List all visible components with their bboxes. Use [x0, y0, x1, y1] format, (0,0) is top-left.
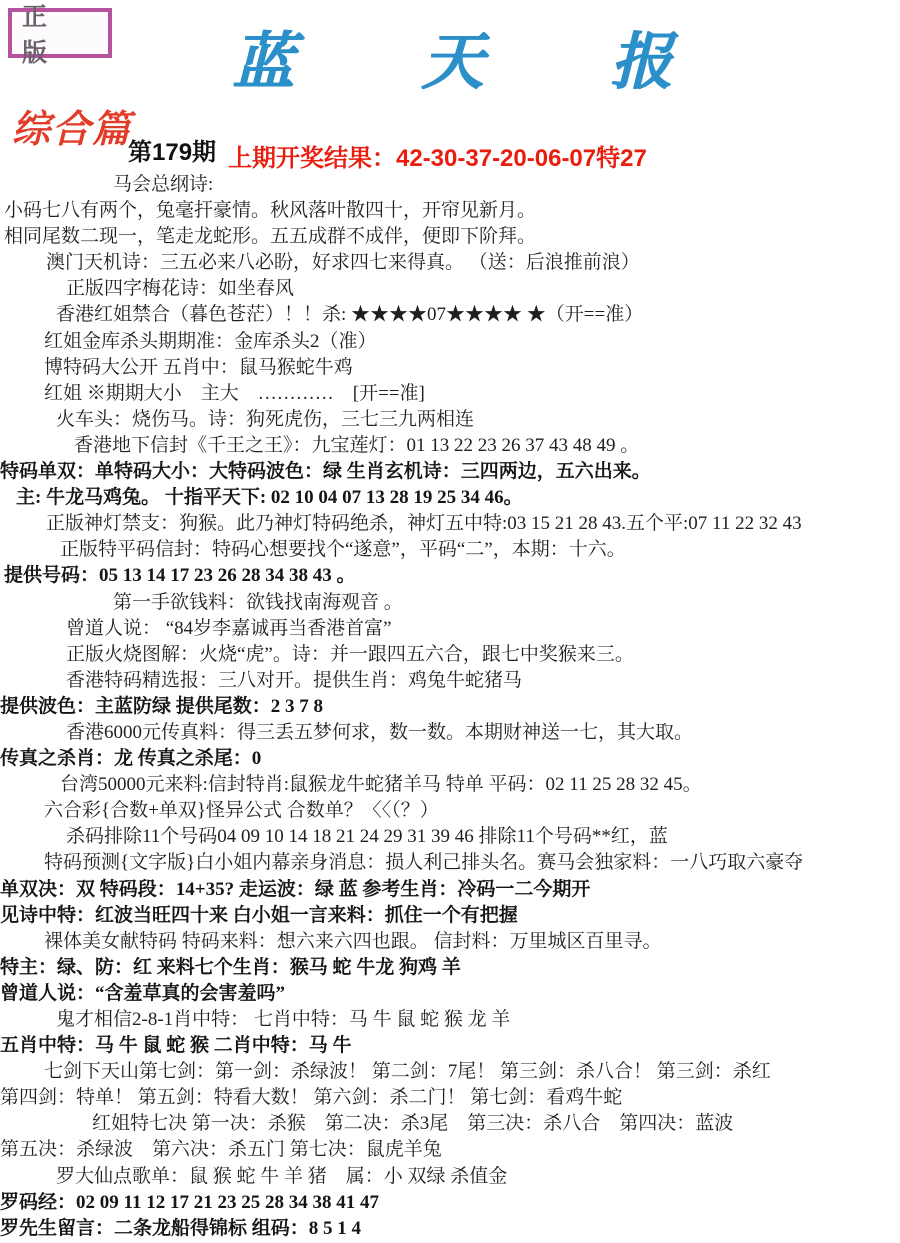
- text-line: 裸体美女献特码 特码来料：想六来六四也跟。 信封料：万里城区百里寻。: [0, 929, 900, 955]
- text-line: 特主：绿、防：红 来料七个生肖：猴马 蛇 牛龙 狗鸡 羊: [0, 955, 900, 981]
- text-line: 提供号码：05 13 14 17 23 26 28 34 38 43 。: [0, 563, 900, 589]
- text-line: 香港6000元传真料：得三丢五梦何求，数一数。本期财神送一七，其大取。: [0, 720, 900, 746]
- newspaper-page: 正 版 蓝 天 报 综合篇 第179期 上期开奖结果：42-30-37-20-0…: [0, 0, 900, 1243]
- text-line: 香港特码精选报：三八对开。提供生肖：鸡兔牛蛇猪马: [0, 668, 900, 694]
- text-line: 正版特平码信封：特码心想要找个“遂意”，平码“二”，本期：十六。: [0, 537, 900, 563]
- text-line: 马会总纲诗:: [0, 172, 900, 198]
- issue-number: 第179期: [128, 132, 216, 167]
- text-line: 正版火烧图解：火烧“虎”。诗：并一跟四五六合，跟七中奖猴来三。: [0, 642, 900, 668]
- report-title: 蓝 天 报: [0, 12, 900, 101]
- text-line: 台湾50000元来料:信封特肖:鼠猴龙牛蛇猪羊马 特单 平码：02 11 25 …: [0, 772, 900, 798]
- text-line: 第四剑：特单！ 第五剑：特看大数！ 第六剑：杀二门！ 第七剑：看鸡牛蛇: [0, 1085, 900, 1111]
- text-line: 澳门天机诗：三五必来八必盼，好求四七来得真。 （送：后浪推前浪）: [0, 250, 900, 276]
- text-line: 小码七八有两个，兔毫扞豪情。秋风落叶散四十，开帘见新月。: [0, 198, 900, 224]
- last-draw-result: 上期开奖结果：42-30-37-20-06-07特27: [228, 138, 647, 173]
- text-line: 香港红姐禁合（暮色苍茫）！！杀: ★★★★07★★★★ ★（开==准）: [0, 302, 900, 328]
- text-line: 鬼才相信2-8-1肖中特： 七肖中特：马 牛 鼠 蛇 猴 龙 羊: [0, 1007, 900, 1033]
- text-line: 主: 牛龙马鸡兔。 十指平天下: 02 10 04 07 13 28 19 25…: [0, 485, 900, 511]
- text-line: 正版四字梅花诗：如坐春风: [0, 276, 900, 302]
- text-line: 曾道人说：“含羞草真的会害羞吗”: [0, 981, 900, 1007]
- text-line: 提供波色：主蓝防绿 提供尾数：2 3 7 8: [0, 694, 900, 720]
- text-line: 博特码大公开 五肖中：鼠马猴蛇牛鸡: [0, 355, 900, 381]
- text-line: 罗大仙点歌单：鼠 猴 蛇 牛 羊 猪 属：小 双绿 杀值金: [0, 1164, 900, 1190]
- text-line: 特码单双：单特码大小：大特码波色：绿 生肖玄机诗：三四两边，五六出来。: [0, 459, 900, 485]
- text-line: 特码预测{文字版}白小姐内幕亲身消息：损人利己排头名。赛马会独家料：一八巧取六豪…: [0, 850, 900, 876]
- text-line: 传真之杀肖：龙 传真之杀尾：0: [0, 746, 900, 772]
- text-line: 六合彩{合数+单双}怪异公式 合数单？〈〈（？）: [0, 798, 900, 824]
- text-line: 正版神灯禁支：狗猴。此乃神灯特码绝杀，神灯五中特:03 15 21 28 43.…: [0, 511, 900, 537]
- text-line: 见诗中特：红波当旺四十来 白小姐一言来料：抓住一个有把握: [0, 903, 900, 929]
- text-line: 红姐 ※期期大小 主大 ………… [开==准]: [0, 381, 900, 407]
- text-line: 第五决：杀绿波 第六决：杀五门 第七决：鼠虎羊兔: [0, 1137, 900, 1163]
- text-line: 五肖中特：马 牛 鼠 蛇 猴 二肖中特：马 牛: [0, 1033, 900, 1059]
- content-lines: 马会总纲诗:小码七八有两个，兔毫扞豪情。秋风落叶散四十，开帘见新月。相同尾数二现…: [0, 172, 900, 1242]
- text-line: 罗先生留言：二条龙船得锦标 组码：8 5 1 4: [0, 1216, 900, 1242]
- text-line: 七剑下天山第七剑：第一剑：杀绿波！ 第二剑：7尾！ 第三剑：杀八合！ 第三剑：杀…: [0, 1059, 900, 1085]
- text-line: 杀码排除11个号码04 09 10 14 18 21 24 29 31 39 4…: [0, 824, 900, 850]
- text-line: 相同尾数二现一，笔走龙蛇形。五五成群不成伴，便即下阶拜。: [0, 224, 900, 250]
- text-line: 第一手欲钱料：欲钱找南海观音 。: [0, 590, 900, 616]
- text-line: 罗码经：02 09 11 12 17 21 23 25 28 34 38 41 …: [0, 1190, 900, 1216]
- text-line: 曾道人说： “84岁李嘉诚再当香港首富”: [0, 616, 900, 642]
- text-line: 火车头：烧伤马。诗：狗死虎伤，三七三九两相连: [0, 407, 900, 433]
- issue-row: 第179期 上期开奖结果：42-30-37-20-06-07特27: [0, 130, 900, 166]
- text-line: 香港地下信封《千王之王》：九宝莲灯：01 13 22 23 26 37 43 4…: [0, 433, 900, 459]
- text-line: 单双决：双 特码段：14+35? 走运波：绿 蓝 参考生肖：冷码一二今期开: [0, 877, 900, 903]
- text-line: 红姐金库杀头期期准：金库杀头2（准）: [0, 329, 900, 355]
- text-line: 红姐特七决 第一决：杀猴 第二决：杀3尾 第三决：杀八合 第四决：蓝波: [0, 1111, 900, 1137]
